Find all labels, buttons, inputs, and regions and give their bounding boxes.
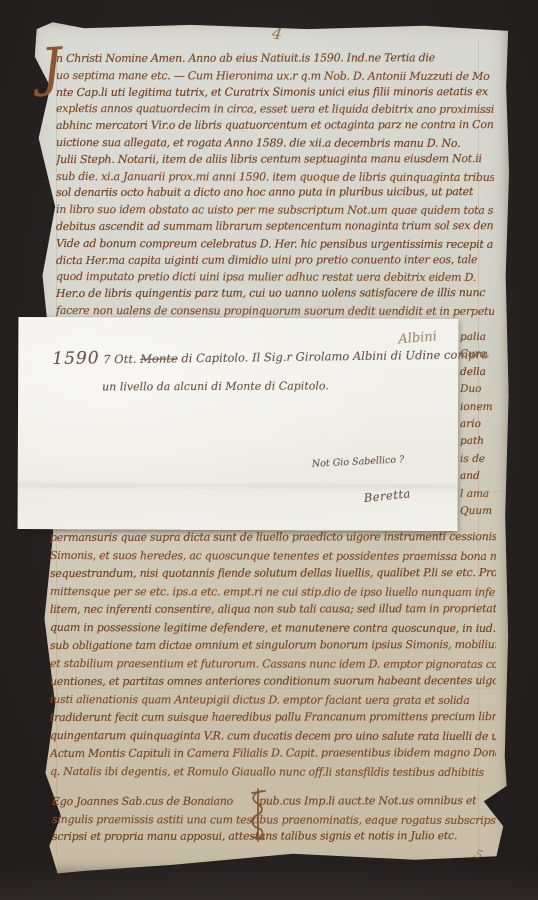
manuscript-line: uo septima mane etc. — Cum Hieronima ux.… bbox=[56, 68, 494, 86]
manuscript-line-fragment: Quum bbox=[460, 503, 508, 521]
notary-subscription: Ego Joannes Sab.cus de Bonaiano pub.cus … bbox=[52, 793, 496, 846]
notary-mark-icon bbox=[247, 788, 269, 842]
manuscript-line-fragment: path bbox=[460, 433, 508, 451]
slip-attribution: Not Gio Sabellico ? bbox=[312, 454, 405, 469]
manuscript-line: Julii Steph. Notarii, item de aliis libr… bbox=[56, 151, 494, 169]
manuscript-line-fragment: ionem bbox=[460, 399, 508, 417]
manuscript-line: litem, nec inferenti consentire, aliqua … bbox=[50, 600, 496, 619]
manuscript-line: sequestrandum, nisi quotannis fiende sol… bbox=[50, 564, 496, 583]
manuscript-line: q. Natalis ibi degentis, et Romulo Giaua… bbox=[50, 763, 496, 781]
slip-date: 7 Ott. bbox=[99, 352, 140, 367]
manuscript-line: scripsi et propria manu apposui, attesta… bbox=[52, 827, 496, 845]
slip-signature: Beretta bbox=[363, 486, 411, 505]
manuscript-line: n Christi Nomine Amen. Anno ab eius Nati… bbox=[56, 51, 494, 68]
manuscript-line: mittensque per se etc. ips.a etc. empt.r… bbox=[50, 583, 496, 602]
manuscript-top-text: n Christi Nomine Amen. Anno ab eius Nati… bbox=[56, 51, 494, 320]
manuscript-line: uentiones, et partitas omnes anteriores … bbox=[50, 672, 496, 691]
manuscript-line-fragment: della bbox=[460, 364, 508, 382]
manuscript-line: singulis praemissis astiti una cum testi… bbox=[52, 811, 496, 829]
manuscript-line-fragment: l ama bbox=[460, 486, 508, 504]
manuscript-line: sol denariis octo habuit a dicto ano hoc… bbox=[56, 184, 494, 202]
manuscript-line: Simonis, et suos heredes, ac quoscunque … bbox=[50, 547, 496, 566]
slip-line1-rest: di Capitolo. Il Sig.r Girolamo Albini di… bbox=[178, 347, 488, 365]
manuscript-line-fragment: Duo bbox=[460, 381, 508, 399]
manuscript-line: quingentarum quinquaginta V.R. cum ducat… bbox=[50, 727, 496, 746]
manuscript-line: sub obligatione tam dictae omnium et sin… bbox=[50, 636, 496, 655]
manuscript-line-fragment: and bbox=[460, 468, 508, 486]
manuscript-line: nte Cap.li uti legitima tutrix, et Curat… bbox=[56, 84, 494, 102]
manuscript-line: debitus ascendit ad summam librarum sept… bbox=[56, 218, 494, 236]
manuscript-line: dicta Her.ma capita uiginti cum dimidio … bbox=[56, 252, 494, 270]
manuscript-line: permansuris quae supra dicta sunt de liu… bbox=[50, 529, 496, 547]
manuscript-line: abhinc mercatori Vir.o de libris quatuor… bbox=[56, 117, 494, 135]
manuscript-middle-text: permansuris quae supra dicta sunt de liu… bbox=[50, 529, 496, 781]
archival-slip: Albini 1590 7 Ott. Monte di Capitolo. Il… bbox=[18, 317, 459, 531]
slip-annotation-line2: un livello da alcuni di Monte di Capitol… bbox=[102, 379, 329, 393]
slip-struck-word: Monte bbox=[140, 351, 178, 365]
manuscript-line: Her.o de libris quingentis parz tum, cui… bbox=[56, 285, 494, 303]
manuscript-line: quam in possessione legitime defendere, … bbox=[50, 619, 496, 638]
slip-annotation-line1: 1590 7 Ott. Monte di Capitolo. Il Sig.r … bbox=[52, 343, 488, 369]
manuscript-line: Ego Joannes Sab.cus de Bonaiano pub.cus … bbox=[52, 793, 496, 811]
manuscript-line: iusti alienationis quam Anteupigii dictu… bbox=[50, 691, 496, 710]
manuscript-line: Vide ad bonum compreum celebratus D. Her… bbox=[56, 236, 494, 254]
photo-backdrop: 4 J n Christi Nomine Amen. Anno ab eius … bbox=[0, 0, 538, 900]
slip-year: 1590 bbox=[52, 348, 100, 369]
manuscript-line-fragment: is de bbox=[460, 451, 508, 469]
manuscript-line: Actum Montis Capituli in Camera Filialis… bbox=[50, 744, 496, 763]
manuscript-line: et stabilium praesentium et futurorum. C… bbox=[50, 655, 496, 674]
manuscript-line-fragment: ario bbox=[460, 416, 508, 434]
manuscript-line: tradiderunt fecit cum suisque haeredibus… bbox=[50, 708, 496, 727]
manuscript-line: uictione sua allegata, et rogata Anno 15… bbox=[56, 135, 494, 153]
